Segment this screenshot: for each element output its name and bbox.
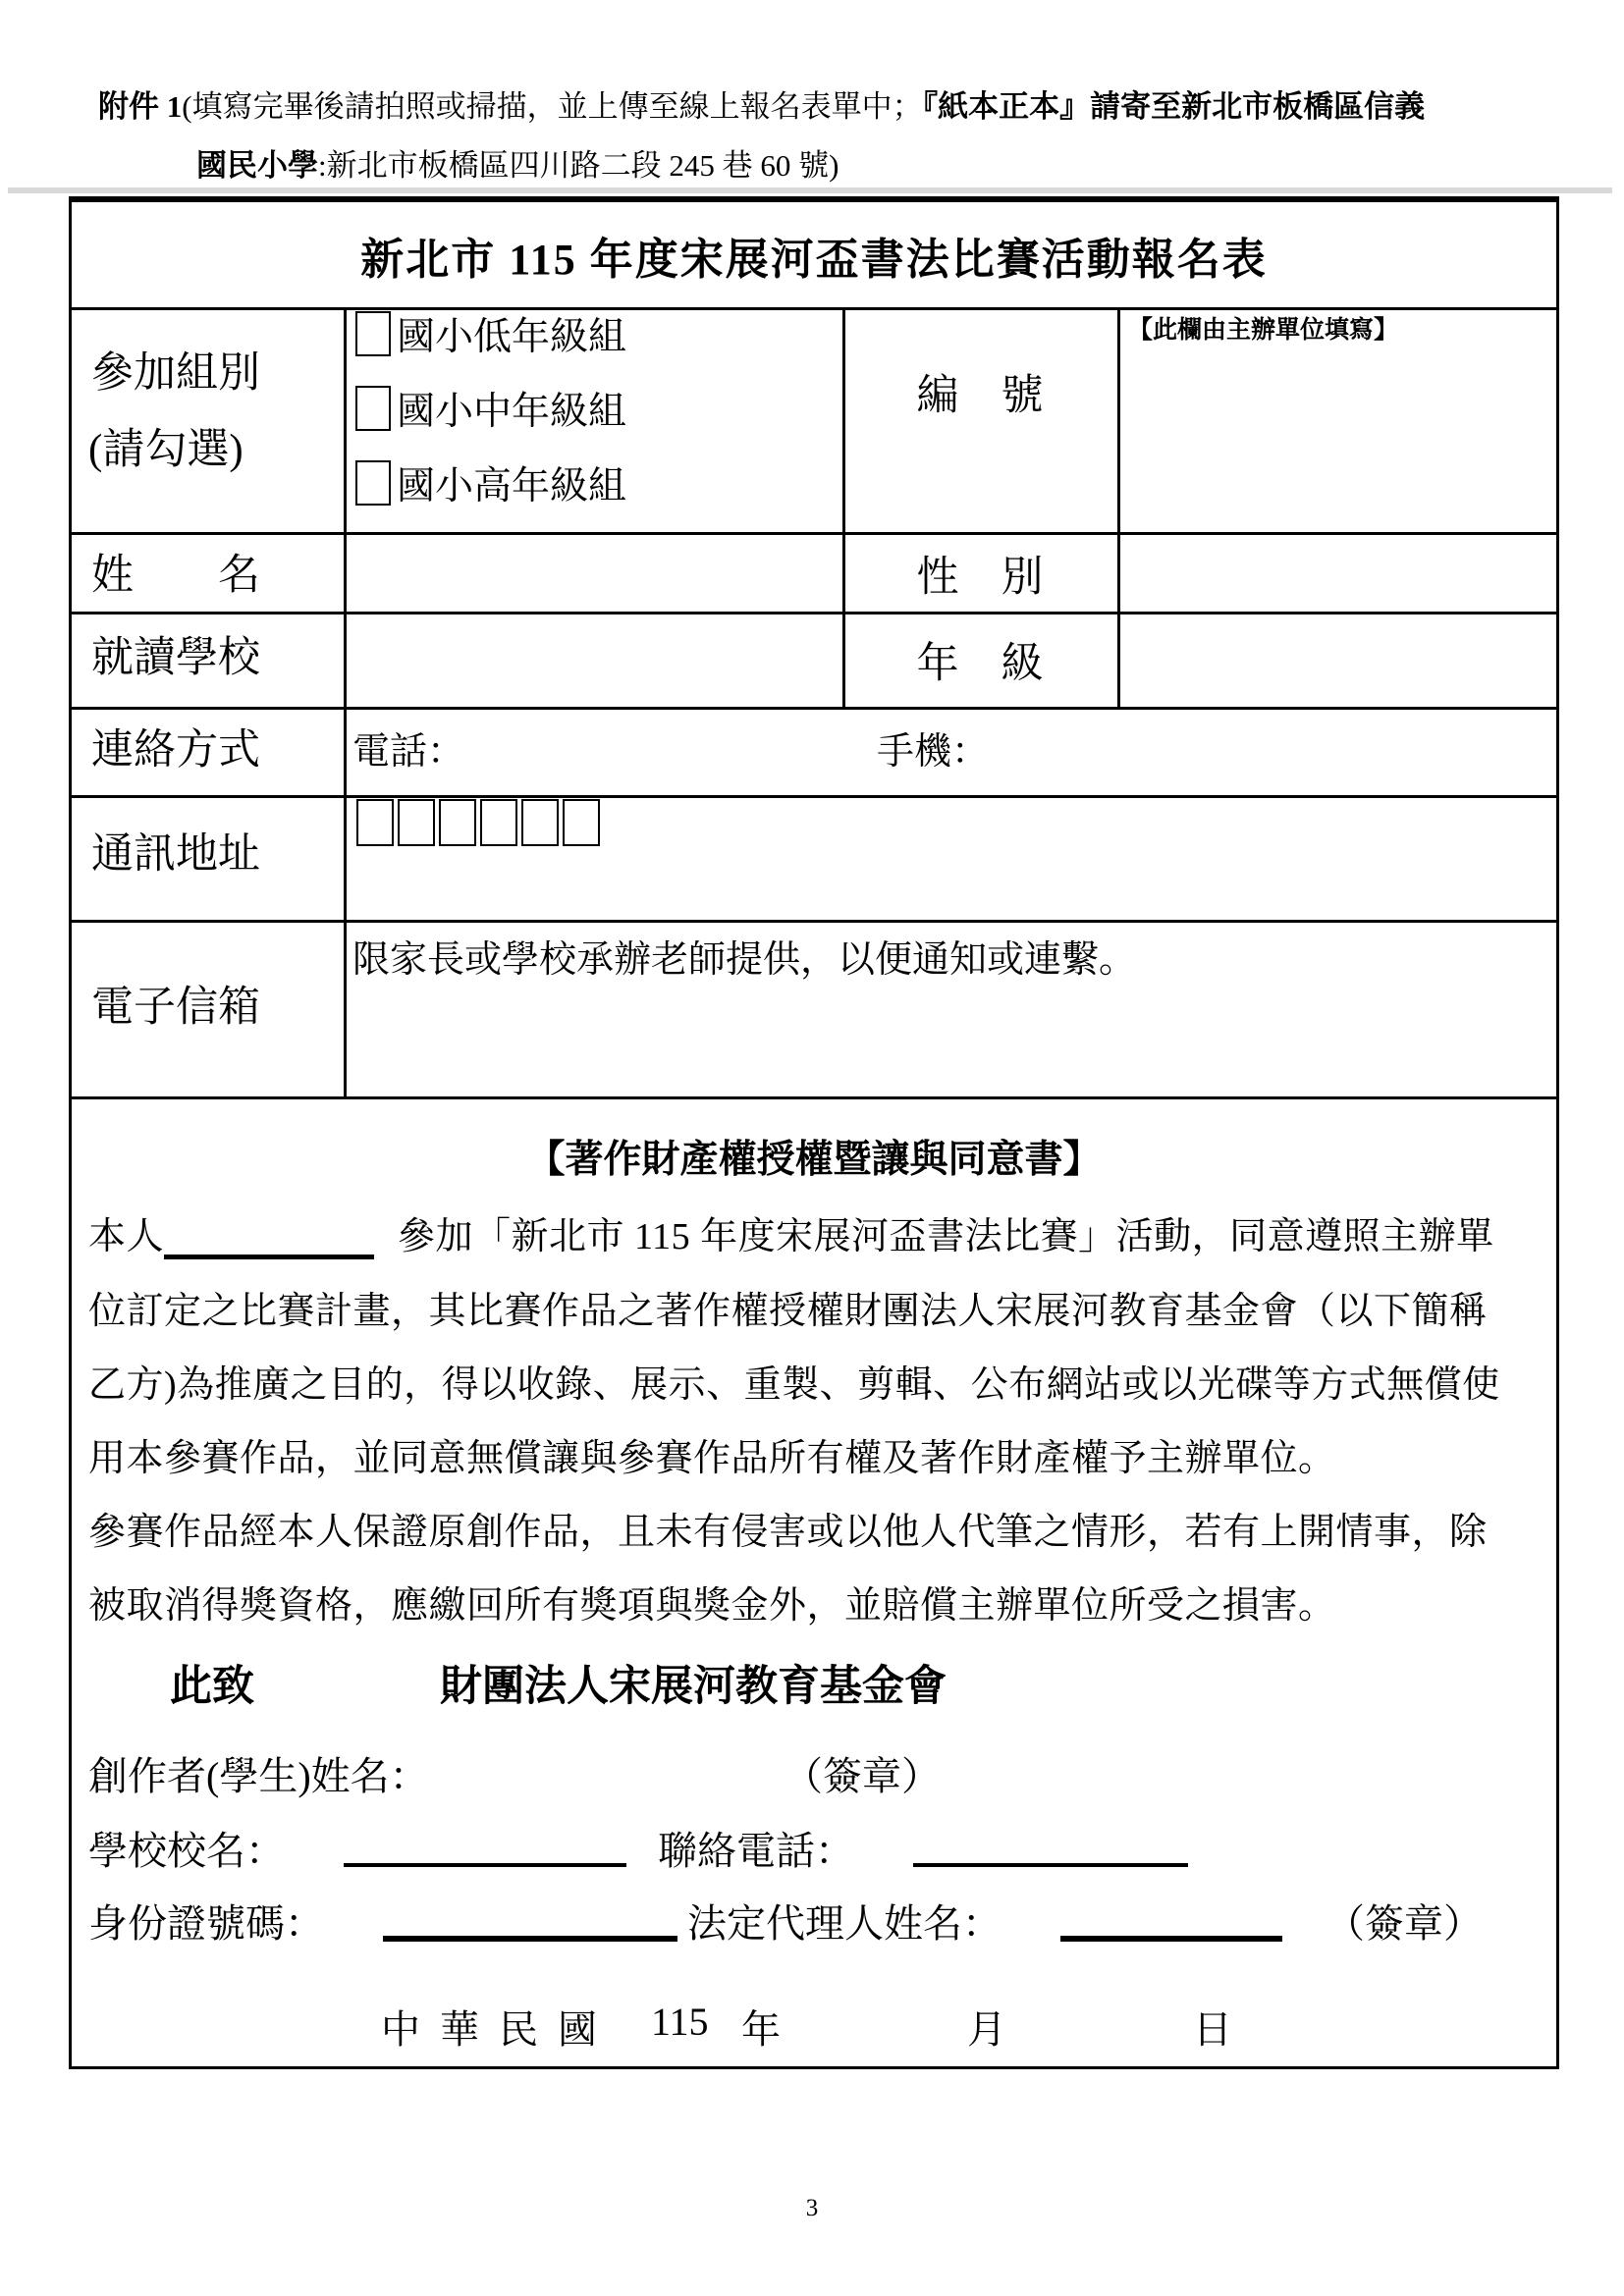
school-value-cell[interactable] bbox=[349, 614, 839, 703]
option-row-mid-grade: 國小中年級組 bbox=[355, 385, 626, 432]
agreement-line-5: 參賽作品經本人保證原創作品，且未有侵害或以他人代筆之情形，若有上開情事，除 bbox=[88, 1501, 1488, 1555]
agreement-line-3: 乙方)為推廣之目的，得以收錄、展示、重製、剪輯、公布網站或以光碟等方式無償使 bbox=[88, 1354, 1500, 1408]
option-label-mid-grade: 國小中年級組 bbox=[397, 381, 626, 436]
roc-year-unit: 年 bbox=[741, 1999, 781, 2055]
agreement-line-2: 位訂定之比賽計畫，其比賽作品之著作權授權財團法人宋展河教育基金會（以下簡稱 bbox=[88, 1280, 1488, 1334]
postal-code-boxes bbox=[356, 799, 604, 851]
school-name-blank[interactable] bbox=[344, 1816, 626, 1867]
scanned-form-page: 附件 1(填寫完畢後請拍照或掃描，並上傳至線上報名表單中；『紙本正本』請寄至新北… bbox=[0, 0, 1624, 2296]
email-label: 電子信箱 bbox=[91, 974, 260, 1034]
foundation-name: 財團法人宋展河教育基金會 bbox=[440, 1653, 947, 1713]
agreement-line-4: 用本參賽作品，並同意無償讓與參賽作品所有權及著作財產權予主辦單位。 bbox=[88, 1427, 1336, 1481]
form-title: 新北市 115 年度宋展河盃書法比賽活動報名表 bbox=[72, 224, 1556, 287]
salutation-label: 此致 bbox=[170, 1653, 254, 1713]
id-legalrep-line: 身份證號碼： 法定代理人姓名： （簽章） bbox=[72, 1893, 1556, 1955]
header-paper-original: 『紙本正本』請寄至新北市板橋區信義 bbox=[923, 89, 1426, 124]
agreement-line-1-text: 參加「新北市 115 年度宋展河盃書法比賽」活動，同意遵照主辦單 bbox=[398, 1216, 1494, 1257]
header-school-name: 國民小學 bbox=[196, 148, 318, 183]
header-line-1: 附件 1(填寫完畢後請拍照或掃描，並上傳至線上報名表單中；『紙本正本』請寄至新北… bbox=[98, 88, 1425, 125]
scan-artifact-strip bbox=[8, 187, 1612, 193]
contact-phone-label: 聯絡電話： bbox=[658, 1820, 854, 1876]
creator-name-label: 創作者(學生)姓名： bbox=[88, 1745, 429, 1801]
id-number-blank[interactable] bbox=[383, 1889, 677, 1942]
page-number: 3 bbox=[0, 2195, 1624, 2222]
divider-school-row bbox=[72, 707, 1556, 710]
roc-era-label: 中華民國 bbox=[381, 1999, 617, 2055]
mobile-label: 手機： bbox=[877, 721, 989, 774]
contact-phone-blank[interactable] bbox=[913, 1816, 1188, 1867]
email-note: 限家長或學校承辦老師提供，以便通知或連繫。 bbox=[352, 929, 1136, 983]
phone-value-cell[interactable] bbox=[474, 715, 867, 783]
grade-label: 年 級 bbox=[842, 630, 1117, 690]
legal-rep-blank[interactable] bbox=[1060, 1889, 1282, 1942]
grade-value-cell[interactable] bbox=[1120, 614, 1552, 703]
option-row-high-grade: 國小高年級組 bbox=[355, 459, 626, 507]
roc-date-line: 中華民國 115 年 月 日 bbox=[72, 1999, 1556, 2057]
serial-number-label: 編 號 bbox=[842, 362, 1117, 422]
checkbox-high-grade[interactable] bbox=[355, 460, 391, 506]
creator-seal-label: （簽章） bbox=[784, 1745, 941, 1801]
postal-box-5[interactable] bbox=[521, 799, 559, 846]
divider-label-column bbox=[344, 307, 347, 1096]
option-label-high-grade: 國小高年級組 bbox=[397, 455, 626, 510]
name-value-cell[interactable] bbox=[349, 536, 839, 607]
name-label: 姓 名 bbox=[91, 542, 260, 602]
agreement-title: 【著作財產權授權暨讓與同意書】 bbox=[72, 1129, 1556, 1184]
checkbox-low-grade[interactable] bbox=[355, 311, 391, 356]
roc-month-unit: 月 bbox=[967, 1999, 1006, 2055]
agreement-line-6: 被取消得獎資格，應繳回所有獎項與獎金外，並賠償主辦單位所受之損害。 bbox=[88, 1575, 1336, 1629]
address-value-cell[interactable] bbox=[349, 852, 1546, 915]
roc-day-unit: 日 bbox=[1193, 1999, 1232, 2055]
applicant-name-blank[interactable] bbox=[164, 1215, 374, 1259]
email-value-cell[interactable] bbox=[349, 980, 1546, 1092]
divider-address-row bbox=[72, 920, 1556, 923]
salutation-line: 此致 財團法人宋展河教育基金會 bbox=[72, 1653, 1556, 1712]
mobile-value-cell[interactable] bbox=[1004, 715, 1446, 783]
address-label: 通訊地址 bbox=[91, 821, 260, 881]
divider-email-row bbox=[72, 1096, 1556, 1099]
checkbox-mid-grade[interactable] bbox=[355, 386, 391, 431]
group-label-note: (請勾選) bbox=[88, 416, 244, 476]
postal-box-6[interactable] bbox=[563, 799, 600, 846]
gender-label: 性 別 bbox=[842, 544, 1117, 604]
registration-form-table: 新北市 115 年度宋展河盃書法比賽活動報名表 參加組別 (請勾選) 國小低年級… bbox=[69, 196, 1559, 2069]
attachment-label: 附件 1 bbox=[98, 89, 182, 124]
gender-value-cell[interactable] bbox=[1120, 536, 1552, 607]
option-label-low-grade: 國小低年級組 bbox=[397, 306, 626, 361]
legal-rep-seal-label: （簽章） bbox=[1326, 1893, 1483, 1949]
serial-number-value-cell[interactable] bbox=[1120, 349, 1552, 526]
creator-signature-line: 創作者(學生)姓名： （簽章） bbox=[72, 1745, 1556, 1804]
staff-only-note: 【此欄由主辦單位填寫】 bbox=[1128, 310, 1398, 346]
postal-box-3[interactable] bbox=[439, 799, 476, 846]
postal-box-1[interactable] bbox=[356, 799, 394, 846]
school-label: 就讀學校 bbox=[91, 624, 260, 684]
group-label: 參加組別 bbox=[91, 340, 260, 400]
roc-year-value: 115 bbox=[651, 1999, 709, 2045]
option-row-low-grade: 國小低年級組 bbox=[355, 310, 626, 357]
legal-rep-label: 法定代理人姓名： bbox=[687, 1893, 1001, 1949]
id-number-label: 身份證號碼： bbox=[88, 1893, 324, 1949]
header-instruction: (填寫完畢後請拍照或掃描，並上傳至線上報名表單中； bbox=[182, 89, 922, 124]
phone-label: 電話： bbox=[352, 721, 464, 774]
header-school-address: :新北市板橋區四川路二段 245 巷 60 號) bbox=[318, 148, 839, 183]
divider-group-row bbox=[72, 532, 1556, 535]
postal-box-4[interactable] bbox=[480, 799, 517, 846]
postal-box-2[interactable] bbox=[398, 799, 435, 846]
divider-contact-row bbox=[72, 795, 1556, 798]
school-name-label: 學校校名： bbox=[88, 1820, 285, 1876]
agreement-applicant-prefix: 本人 bbox=[88, 1216, 164, 1257]
school-phone-line: 學校校名： 聯絡電話： bbox=[72, 1820, 1556, 1883]
header-line-2: 國民小學:新北市板橋區四川路二段 245 巷 60 號) bbox=[196, 147, 839, 184]
contact-label: 連絡方式 bbox=[91, 717, 260, 776]
agreement-line-1: 本人參加「新北市 115 年度宋展河盃書法比賽」活動，同意遵照主辦單 bbox=[88, 1205, 1494, 1259]
